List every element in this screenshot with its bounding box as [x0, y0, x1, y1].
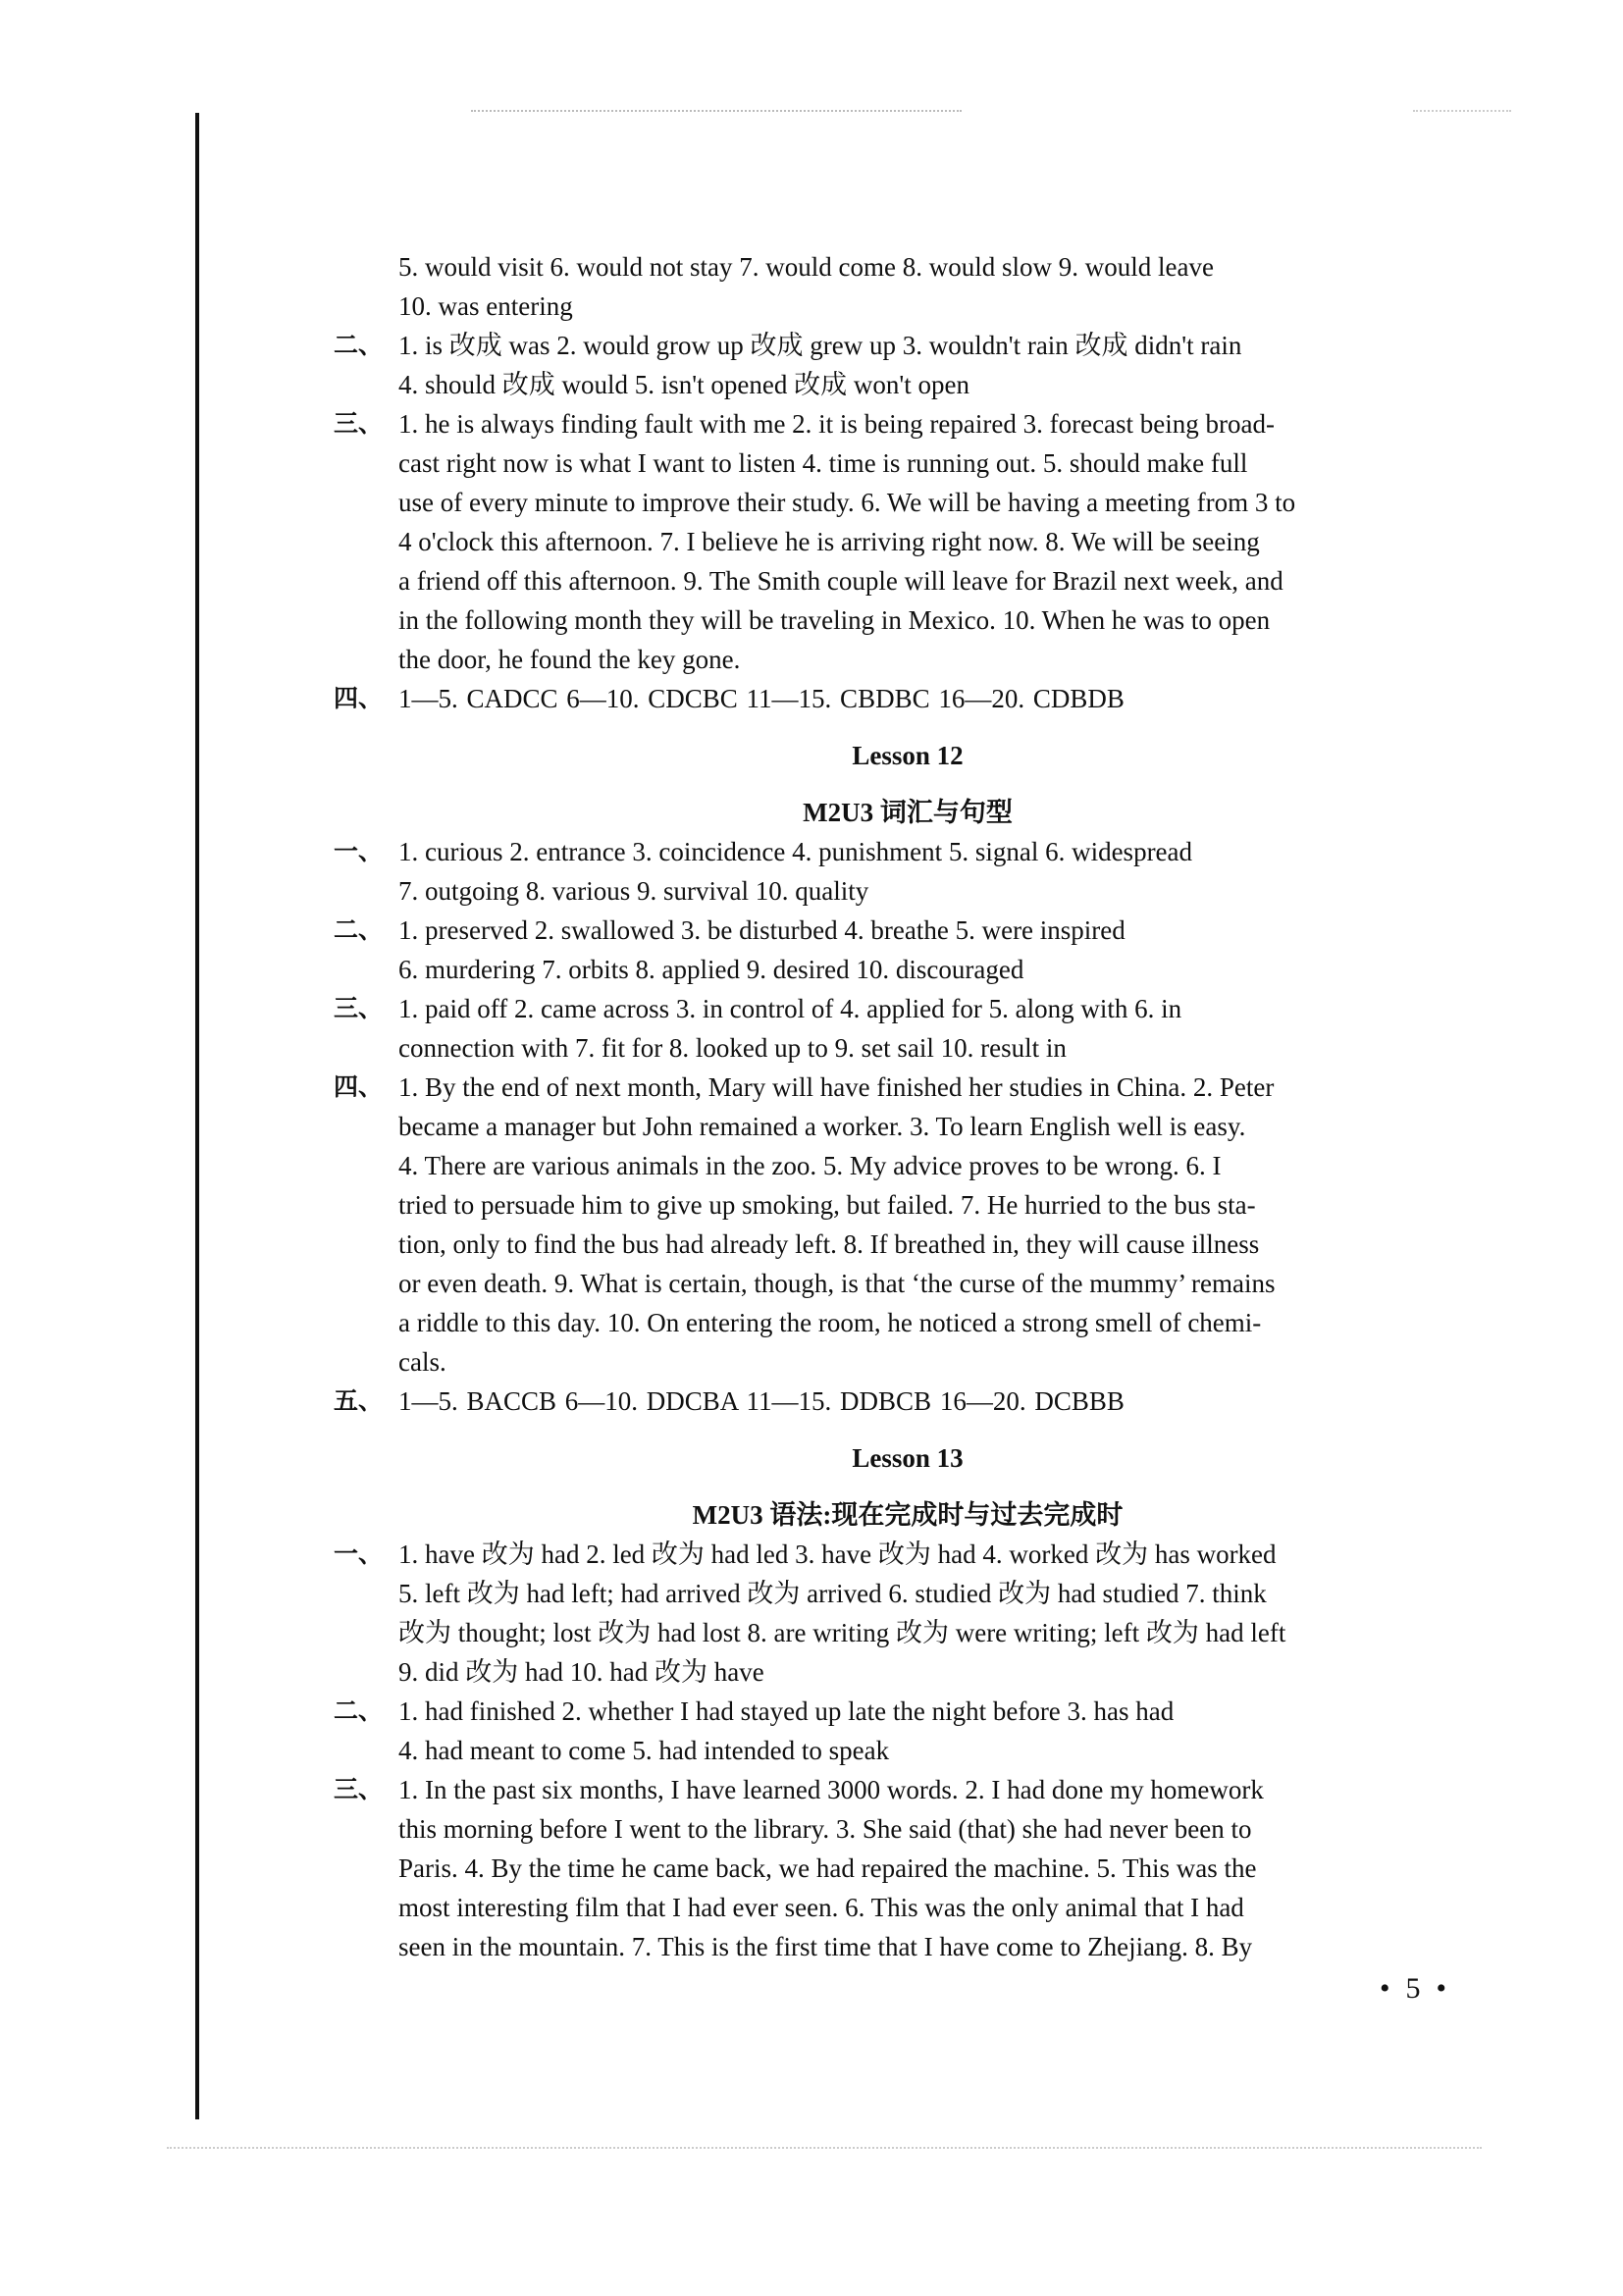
bullet-left: •: [1380, 1972, 1390, 2005]
lesson-subtitle: M2U3 语法:现在完成时与过去完成时: [334, 1495, 1482, 1535]
answer-line: a friend off this afternoon. 9. The Smit…: [334, 561, 1482, 600]
section-label: 三、: [334, 404, 383, 444]
answer-line: became a manager but John remained a wor…: [334, 1107, 1482, 1146]
section-label: 二、: [334, 911, 383, 950]
answer-line: 9. did 改为 had 10. had 改为 have: [334, 1652, 1482, 1692]
answer-line: cals.: [334, 1342, 1482, 1382]
section-label: 一、: [334, 832, 383, 871]
answer-line: 一、 1. have 改为 had 2. led 改为 had led 3. h…: [334, 1535, 1482, 1574]
scan-artifact-top: [471, 110, 962, 114]
answer-line: most interesting film that I had ever se…: [334, 1888, 1482, 1927]
section-label: 二、: [334, 326, 383, 365]
answer-line: 二、 1. preserved 2. swallowed 3. be distu…: [334, 911, 1482, 950]
answer-line: connection with 7. fit for 8. looked up …: [334, 1028, 1482, 1068]
answer-line: 4. There are various animals in the zoo.…: [334, 1146, 1482, 1185]
answer-line: 4 o'clock this afternoon. 7. I believe h…: [334, 522, 1482, 561]
answer-line: or even death. 9. What is certain, thoug…: [334, 1264, 1482, 1303]
section-label: 二、: [334, 1692, 383, 1731]
answer-line: 10. was entering: [334, 287, 1482, 326]
answer-line: 四、 1. By the end of next month, Mary wil…: [334, 1068, 1482, 1107]
scan-artifact-bottom: [167, 2147, 1482, 2151]
answer-line: tion, only to find the bus had already l…: [334, 1225, 1482, 1264]
page-number-value: 5: [1406, 1972, 1421, 2005]
bullet-right: •: [1437, 1972, 1447, 2005]
section-label: 三、: [334, 1770, 383, 1809]
binding-margin-line: [195, 113, 199, 2119]
lesson-subtitle: M2U3 词汇与句型: [334, 793, 1482, 832]
answer-line: 二、 1. is 改成 was 2. would grow up 改成 grew…: [334, 326, 1482, 365]
answer-line: the door, he found the key gone.: [334, 640, 1482, 679]
answer-line: 二、 1. had finished 2. whether I had stay…: [334, 1692, 1482, 1731]
answer-line: a riddle to this day. 10. On entering th…: [334, 1303, 1482, 1342]
answer-line: Paris. 4. By the time he came back, we h…: [334, 1849, 1482, 1888]
answer-line: 5. left 改为 had left; had arrived 改为 arri…: [334, 1574, 1482, 1613]
answer-line: 6. murdering 7. orbits 8. applied 9. des…: [334, 950, 1482, 989]
answer-line: 三、 1. paid off 2. came across 3. in cont…: [334, 989, 1482, 1028]
section-label: 五、: [334, 1382, 383, 1421]
answer-line: cast right now is what I want to listen …: [334, 444, 1482, 483]
answer-line: 三、 1. he is always finding fault with me…: [334, 404, 1482, 444]
answer-line: tried to persuade him to give up smoking…: [334, 1185, 1482, 1225]
section-label: 一、: [334, 1535, 383, 1574]
answer-line: 4. had meant to come 5. had intended to …: [334, 1731, 1482, 1770]
answer-line: 五、 1—5. BACCB 6—10. DDCBA 11—15. DDBCB 1…: [334, 1382, 1482, 1421]
answer-line: 改为 thought; lost 改为 had lost 8. are writ…: [334, 1613, 1482, 1652]
section-label: 四、: [334, 679, 383, 718]
answer-line: 三、 1. In the past six months, I have lea…: [334, 1770, 1482, 1809]
lesson-title: Lesson 12: [334, 736, 1482, 775]
answer-key-content: 5. would visit 6. would not stay 7. woul…: [334, 247, 1482, 1966]
answer-line: this morning before I went to the librar…: [334, 1809, 1482, 1849]
answer-line: 4. should 改成 would 5. isn't opened 改成 wo…: [334, 365, 1482, 404]
answer-line: 一、 1. curious 2. entrance 3. coincidence…: [334, 832, 1482, 871]
answer-line: use of every minute to improve their stu…: [334, 483, 1482, 522]
lesson-title: Lesson 13: [334, 1438, 1482, 1478]
section-label: 四、: [334, 1068, 383, 1107]
page-number: •5•: [1372, 1972, 1454, 2006]
answer-line: 5. would visit 6. would not stay 7. woul…: [334, 247, 1482, 287]
section-label: 三、: [334, 989, 383, 1028]
answer-line: 7. outgoing 8. various 9. survival 10. q…: [334, 871, 1482, 911]
answer-line: 四、 1—5. CADCC 6—10. CDCBC 11—15. CBDBC 1…: [334, 679, 1482, 718]
answer-line: seen in the mountain. 7. This is the fir…: [334, 1927, 1482, 1966]
answer-line: in the following month they will be trav…: [334, 600, 1482, 640]
scan-artifact-top-right: [1413, 110, 1511, 114]
